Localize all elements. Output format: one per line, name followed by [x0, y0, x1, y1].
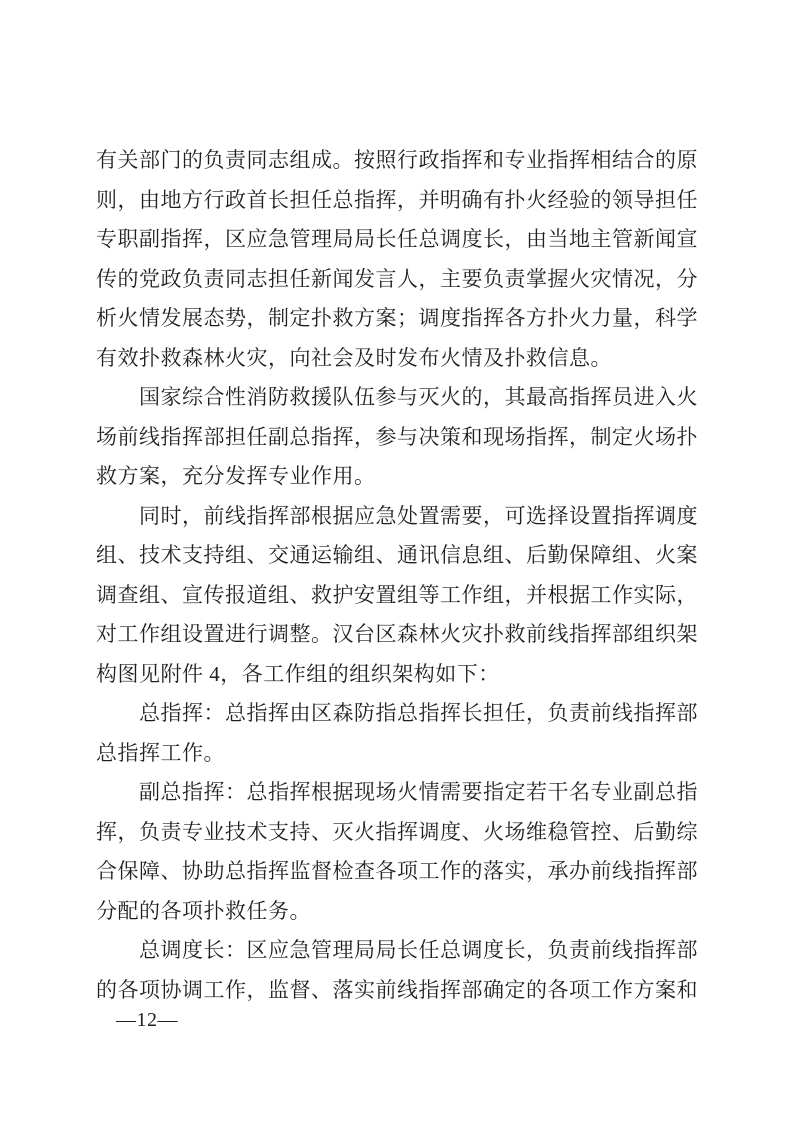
paragraph: 国家综合性消防救援队伍参与灭火的，其最高指挥员进入火场前线指挥部担任副总指挥，参…	[96, 378, 702, 497]
text-line: 总调度长：区应急管理局局长任总调度长，负责前线指挥部	[96, 931, 702, 971]
text-line: 有关部门的负责同志组成。按照行政指挥和专业指挥相结合的原	[96, 141, 702, 181]
text-line: 分配的各项扑救任务。	[96, 892, 702, 932]
paragraph: 总指挥：总指挥由区森防指总指挥长担任，负责前线指挥部总指挥工作。	[96, 694, 702, 773]
text-line: 的各项协调工作，监督、落实前线指挥部确定的各项工作方案和	[96, 971, 702, 1011]
text-line: 有效扑救森林火灾，向社会及时发布火情及扑救信息。	[96, 339, 702, 379]
text-line: 专职副指挥，区应急管理局局长任总调度长，由当地主管新闻宣	[96, 220, 702, 260]
text-line: 传的党政负责同志担任新闻发言人，主要负责掌握火灾情况，分	[96, 260, 702, 300]
paragraph: 有关部门的负责同志组成。按照行政指挥和专业指挥相结合的原则，由地方行政首长担任总…	[96, 141, 702, 378]
text-line: 调查组、宣传报道组、救护安置组等工作组，并根据工作实际，	[96, 576, 702, 616]
text-line: 总指挥：总指挥由区森防指总指挥长担任，负责前线指挥部	[96, 694, 702, 734]
paragraph: 同时，前线指挥部根据应急处置需要，可选择设置指挥调度组、技术支持组、交通运输组、…	[96, 497, 702, 695]
document-page: 有关部门的负责同志组成。按照行政指挥和专业指挥相结合的原则，由地方行政首长担任总…	[0, 0, 793, 1122]
text-line: 析火情发展态势，制定扑救方案；调度指挥各方扑火力量，科学	[96, 299, 702, 339]
document-body: 有关部门的负责同志组成。按照行政指挥和专业指挥相结合的原则，由地方行政首长担任总…	[96, 141, 702, 1010]
text-line: 对工作组设置进行调整。汉台区森林火灾扑救前线指挥部组织架	[96, 615, 702, 655]
paragraph: 副总指挥：总指挥根据现场火情需要指定若干名专业副总指挥，负责专业技术支持、灭火指…	[96, 773, 702, 931]
text-line: 救方案，充分发挥专业作用。	[96, 457, 702, 497]
text-line: 同时，前线指挥部根据应急处置需要，可选择设置指挥调度	[96, 497, 702, 537]
text-line: 国家综合性消防救援队伍参与灭火的，其最高指挥员进入火	[96, 378, 702, 418]
text-line: 场前线指挥部担任副总指挥，参与决策和现场指挥，制定火场扑	[96, 418, 702, 458]
text-line: 则，由地方行政首长担任总指挥，并明确有扑火经验的领导担任	[96, 181, 702, 221]
text-line: 挥，负责专业技术支持、灭火指挥调度、火场维稳管控、后勤综	[96, 813, 702, 853]
text-line: 副总指挥：总指挥根据现场火情需要指定若干名专业副总指	[96, 773, 702, 813]
text-line: 合保障、协助总指挥监督检查各项工作的落实，承办前线指挥部	[96, 852, 702, 892]
page-number: —12—	[116, 1006, 178, 1034]
text-line: 总指挥工作。	[96, 734, 702, 774]
text-line: 构图见附件 4，各工作组的组织架构如下：	[96, 655, 702, 695]
paragraph: 总调度长：区应急管理局局长任总调度长，负责前线指挥部的各项协调工作，监督、落实前…	[96, 931, 702, 1010]
text-line: 组、技术支持组、交通运输组、通讯信息组、后勤保障组、火案	[96, 536, 702, 576]
